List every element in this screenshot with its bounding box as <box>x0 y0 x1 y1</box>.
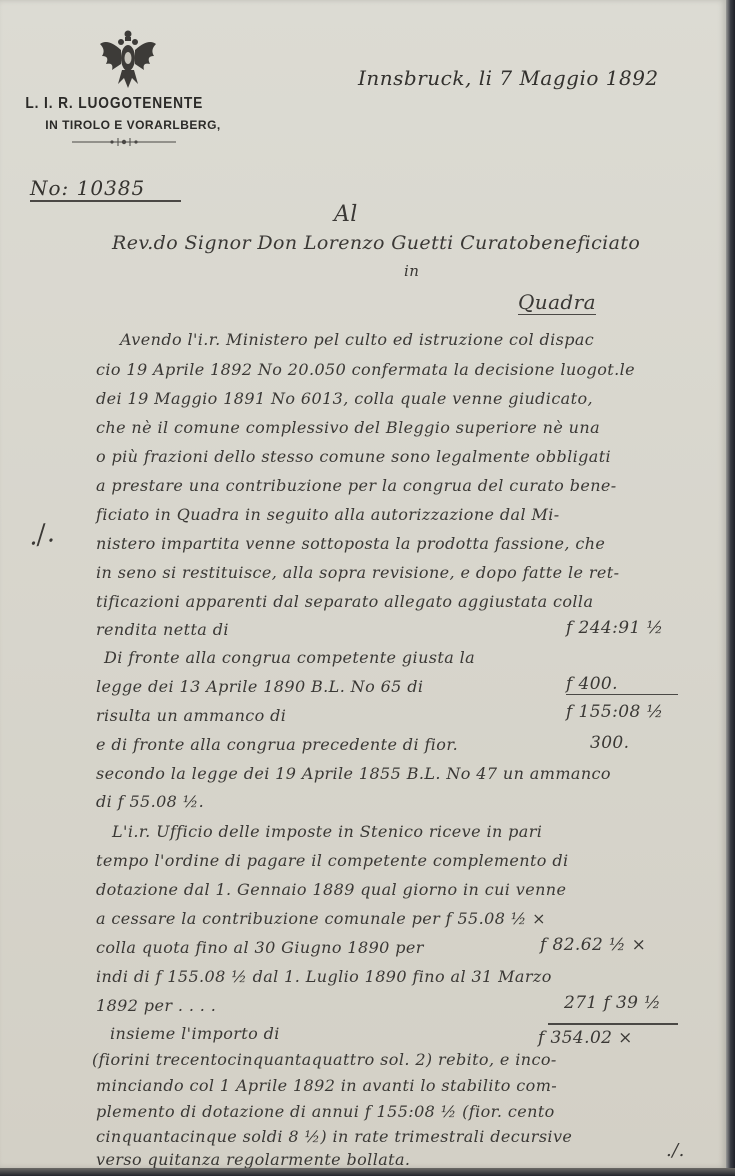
body-line: cinquantacinque soldi 8 ½) in rate trime… <box>96 1127 572 1146</box>
addressee-in: in <box>404 262 419 280</box>
body-line: minciando col 1 Aprile 1892 in avanti lo… <box>96 1076 557 1095</box>
page-edge-right <box>726 0 735 1176</box>
margin-annotation: ./. <box>26 518 57 552</box>
body-line: legge dei 13 Aprile 1890 B.L. No 65 di <box>96 677 423 696</box>
body-line: verso quitanza regolarmente bollata. <box>96 1150 410 1169</box>
body-line: L'i.r. Ufficio delle imposte in Stenico … <box>112 822 542 841</box>
body-line: di f 55.08 ½. <box>96 792 204 811</box>
body-line: colla quota fino al 30 Giugno 1890 per <box>96 938 424 957</box>
body-line: insieme l'importo di <box>110 1024 280 1043</box>
amount-congrua-competente: f 400. <box>566 674 678 695</box>
letter-page: L. I. R. LUOGOTENENTE IN TIROLO E VORARL… <box>0 0 726 1168</box>
addressee-name: Rev.do Signor Don Lorenzo Guetti Curatob… <box>112 232 640 254</box>
body-line: indi di f 155.08 ½ dal 1. Luglio 1890 fi… <box>96 967 552 986</box>
body-line: (fiorini trecentocinquantaquattro sol. 2… <box>92 1050 557 1069</box>
body-line: tificazioni apparenti dal separato alleg… <box>96 592 593 611</box>
place-date: Innsbruck, li 7 Maggio 1892 <box>358 66 659 90</box>
body-line: in seno si restituisce, alla sopra revis… <box>96 563 619 582</box>
amount-rendita-netta: f 244:91 ½ <box>566 618 663 638</box>
addressee-place: Quadra <box>518 290 596 315</box>
continuation-mark: ./. <box>666 1140 685 1161</box>
amount-quota-1892: 271 f 39 ½ <box>564 993 661 1013</box>
body-line: Di fronte alla congrua competente giusta… <box>104 648 475 667</box>
body-line: cio 19 Aprile 1892 No 20.050 confermata … <box>96 360 635 379</box>
amount-quota-1890: f 82.62 ½ × <box>540 935 646 955</box>
body-line: o più frazioni dello stesso comune sono … <box>96 447 611 466</box>
body-line: risulta un ammanco di <box>96 706 286 725</box>
body-line: a prestare una contribuzione per la cong… <box>96 476 617 495</box>
body-line: rendita netta di <box>96 620 229 639</box>
body-line: dotazione dal 1. Gennaio 1889 qual giorn… <box>96 880 566 899</box>
amount-ammanco: f 155:08 ½ <box>566 702 663 722</box>
body-line: nistero impartita venne sottoposta la pr… <box>96 534 605 553</box>
body-line: secondo la legge dei 19 Aprile 1855 B.L.… <box>96 764 611 783</box>
letterhead-subtitle: IN TIROLO E VORARLBERG, <box>38 118 228 132</box>
body-line: ficiato in Quadra in seguito alla autori… <box>96 505 560 524</box>
amount-totale: f 354.02 × <box>538 1028 633 1048</box>
page-edge-bottom <box>0 1168 735 1176</box>
body-line: a cessare la contribuzione comunale per … <box>96 909 546 928</box>
body-line: 1892 per . . . . <box>96 996 216 1015</box>
body-line: che nè il comune complessivo del Bleggio… <box>96 418 600 437</box>
addressee-al: Al <box>334 202 358 227</box>
body-line: Avendo l'i.r. Ministero pel culto ed ist… <box>120 330 594 349</box>
body-line: tempo l'ordine di pagare il competente c… <box>96 851 569 870</box>
amount-congrua-precedente: 300. <box>590 733 629 753</box>
body-line: plemento di dotazione di annui f 155:08 … <box>96 1102 555 1121</box>
ornament-divider-icon <box>72 136 176 148</box>
body-line: dei 19 Maggio 1891 No 6013, colla quale … <box>96 389 593 408</box>
sum-divider <box>548 1023 678 1025</box>
body-line: e di fronte alla congrua precedente di f… <box>96 735 458 754</box>
protocol-number: No: 10385 <box>30 176 181 202</box>
letterhead-title: L. I. R. LUOGOTENENTE <box>24 95 205 113</box>
double-headed-eagle-icon <box>96 28 160 90</box>
